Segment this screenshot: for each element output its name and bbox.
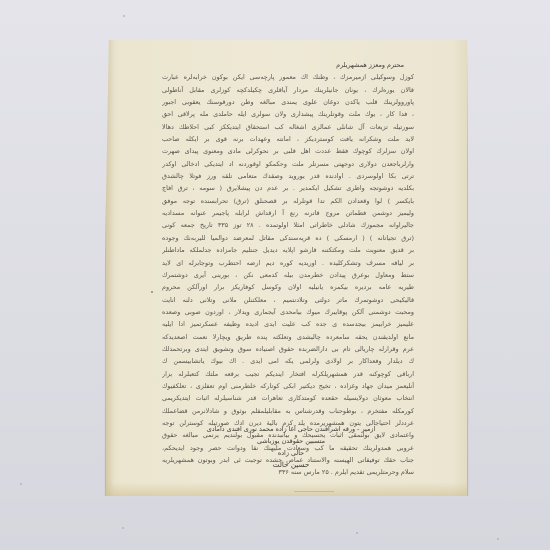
- body-line: ولیمیز دوشمن فطماتن مروج قاترنه رنع آ ار…: [162, 207, 414, 219]
- body-line: اولان سزلرك کوچوك فقط عددت اهل قلبی بر ن…: [162, 145, 414, 157]
- body-line: کوزل وسوکیلی ازمیرمزك ، وطنك اك معمور پا…: [162, 71, 414, 83]
- body-line: پاوروولرینك قلب یاکدن دوغان علوی یمندی م…: [162, 96, 414, 108]
- signer-affiliation: ازمیر - ورقه اشرافندن حاجی آغا زاده محمد…: [166, 423, 416, 435]
- body-line: بایکسر ) لوا وقعدادن الکم تدا قوتلرله بر…: [162, 195, 414, 207]
- backdrop-speck: [122, 527, 124, 529]
- salutation: محترم ومعزز همشهریلرم: [162, 59, 414, 71]
- backdrop-speck: [123, 15, 125, 17]
- body-line: بر قدیق معنویت ملت ومکتکتنه قارشو اپلایه…: [162, 244, 414, 256]
- signer-rank: متسبین حقوقدن یوزباشی: [166, 435, 416, 447]
- body-line: بر لیاقه مسرف وتشکرکلیده . اوریدیه کوره …: [162, 257, 414, 269]
- body-line: وارلرباجعدن دولاری دوجهتی مسرتلر ملت وحک…: [162, 158, 414, 170]
- body-line: ارباقی کوچوکنه قدر همشهریلکرله افتخار ای…: [162, 368, 414, 380]
- backdrop-speck: [356, 532, 358, 534]
- backdrop-speck: [20, 483, 22, 485]
- paper-crease: [294, 491, 334, 494]
- signer-family: حالی زاده: [166, 447, 416, 459]
- body-line: جالیراوانه مجموزك شادلی خاطراتی امثلا او…: [162, 219, 414, 231]
- body-line: ترتی بکا اولوسردی . اوادنده قدر یوروید و…: [162, 170, 414, 182]
- body-line: (ترق تجیاتانه ) ( ارمسکی ) ده قریه‌سندکی…: [162, 232, 414, 244]
- backdrop-speck: [497, 538, 499, 540]
- document-page: محترم ومعزز همشهریلرم کوزل وسوکیلی ازمیر…: [106, 40, 467, 496]
- body-line: علیمیز خرابیمز بیجدسده ی جده کب علیت اید…: [162, 318, 414, 330]
- body-line: لاید ملت وشکرانه یافت کوستردیکز ، امانته…: [162, 133, 414, 145]
- body-line: انتخاب معوثان دولایسیله حقعده کومتدکاری …: [162, 392, 414, 404]
- body-line: ستط ومعاول بوعرق پیدادن خطرمدن بیله کدمع…: [162, 269, 414, 281]
- body-line: عرم وقرارله چاریالی تام بی دارالضربده حق…: [162, 343, 414, 355]
- body-line: بکلدیه دوشوتجه واظری تشکیل ایکمدیر . بر …: [162, 182, 414, 194]
- body-line: آنلیعمز میدان جهاد وغزاده ، تخیج دیکتیر …: [162, 380, 414, 392]
- body-line: قالان یوره‌لرك ، یونان جانیلرینك مردار آ…: [162, 84, 414, 96]
- body-line: سورتیله تزیعات آل شانلی عمالری اشغاله کب…: [162, 121, 414, 133]
- body-line: طیریه عامه بردیره بیکمره یانیلیه اولان و…: [162, 281, 414, 293]
- body-line: مانع اولدیقندن یحقه سامعرده چالیشدی وتعل…: [162, 331, 414, 343]
- letter-body: محترم ومعزز همشهریلرم کوزل وسوکیلی ازمیر…: [162, 59, 414, 479]
- margin-mark: [151, 291, 153, 293]
- signer-name: حسین حالت: [166, 459, 416, 471]
- body-line: ك دیلدار وفعداکار بر اولادی ولرلمی یکه ا…: [162, 355, 414, 367]
- body-line: قالیکیحی دوشوتمرك ماتر دولتی وتلادنتمیم …: [162, 294, 414, 306]
- body-line: کورمکله مفتخرم ، بوطوحناب وقدرشناس به مق…: [162, 405, 414, 417]
- signature-block: ازمیر - ورقه اشرافندن حاجی آغا زاده محمد…: [166, 423, 416, 471]
- body-line: ، فدا کار ، یوك ملت وقوتلرینك پیشداری ول…: [162, 108, 414, 120]
- body-line: ومحبت دوشمنی آلکن پوقایبرك میوك بیامحدی …: [162, 306, 414, 318]
